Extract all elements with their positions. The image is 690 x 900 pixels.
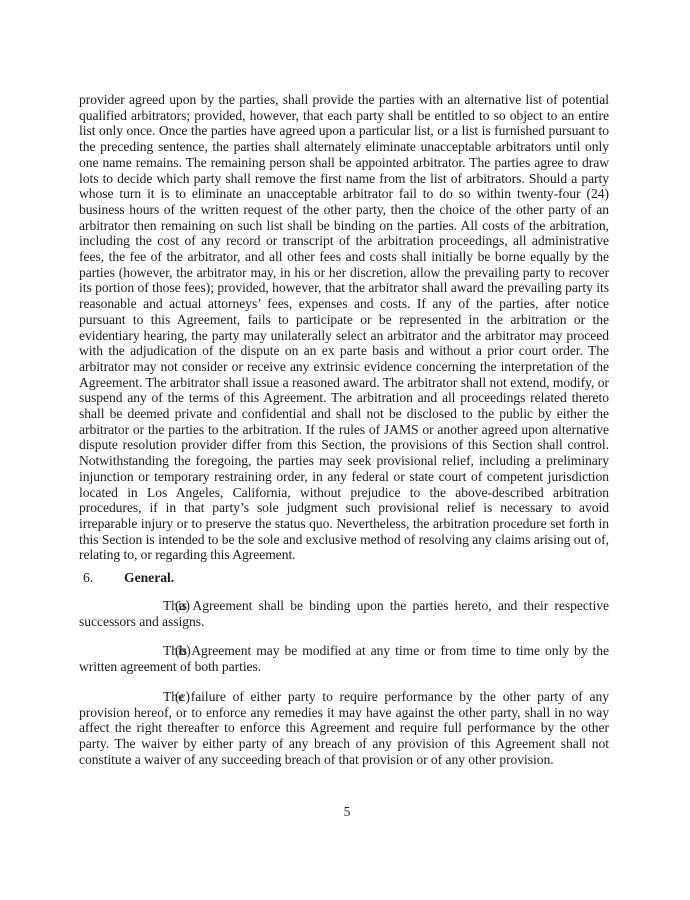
subparagraph-label: (b) bbox=[127, 643, 163, 659]
subparagraph-label: (c) bbox=[127, 689, 163, 705]
arbitration-paragraph-text: provider agreed upon by the parties, sha… bbox=[79, 92, 609, 563]
subparagraph-b: (b)This Agreement may be modified at any… bbox=[79, 643, 609, 674]
page-number-text: 5 bbox=[344, 804, 351, 819]
section-heading: 6.General. bbox=[83, 570, 174, 586]
arbitration-paragraph: provider agreed upon by the parties, sha… bbox=[79, 92, 609, 563]
subparagraph-label: (a) bbox=[127, 598, 163, 614]
document-page: provider agreed upon by the parties, sha… bbox=[0, 0, 690, 900]
section-title: General. bbox=[124, 570, 174, 585]
page-number: 5 bbox=[0, 804, 690, 820]
subparagraph-c: (c)The failure of either party to requir… bbox=[79, 689, 609, 768]
subparagraph-a: (a)This Agreement shall be binding upon … bbox=[79, 598, 609, 629]
section-number: 6. bbox=[83, 570, 124, 586]
